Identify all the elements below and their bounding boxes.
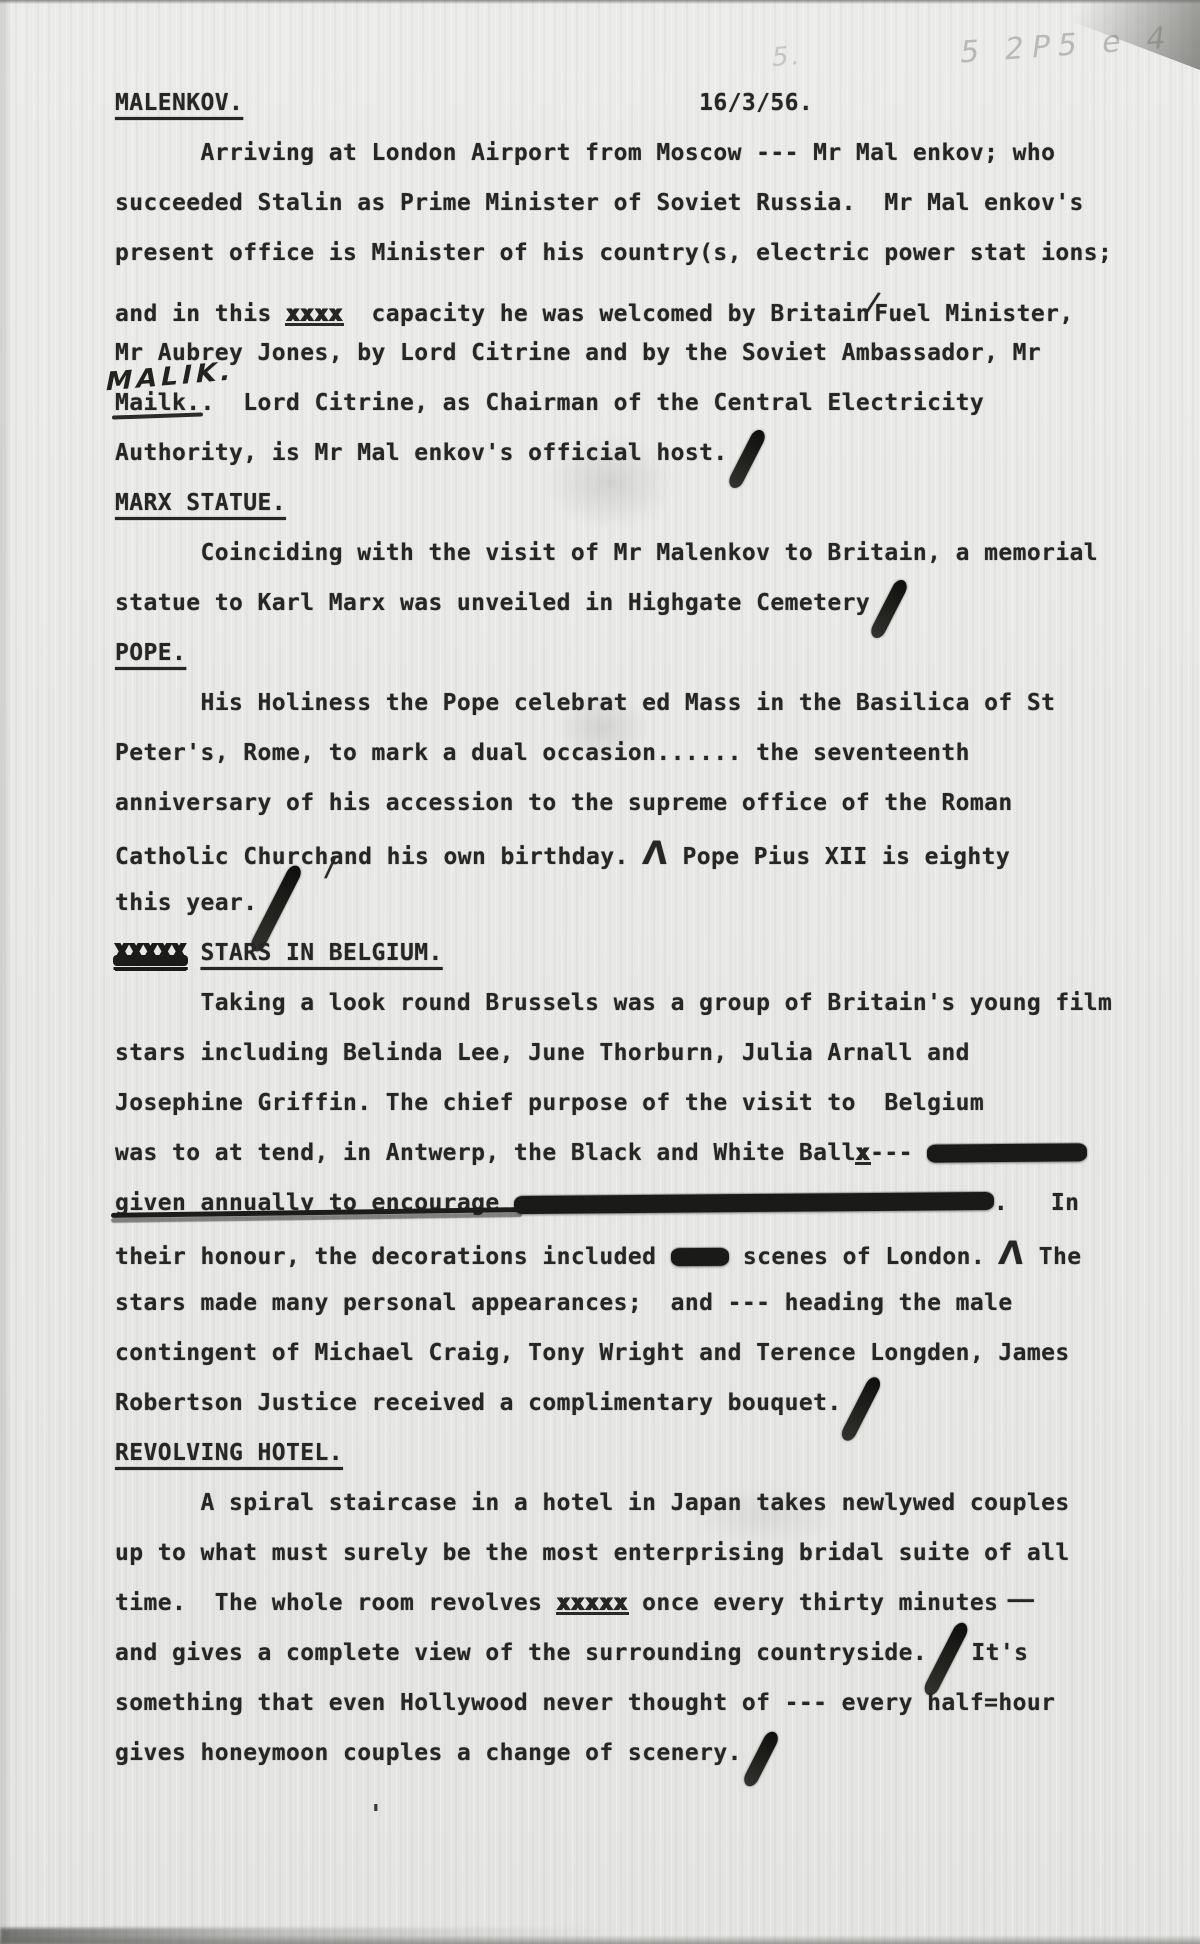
typed-text: Arriving at London Airport from Moscow -…	[115, 140, 1055, 166]
typed-lines: MALENKOV. 16/3/56. Arriving at London Ai…	[115, 78, 1135, 1778]
typed-text: present office is Minister of his countr…	[115, 240, 1112, 266]
typed-text: gives honeymoon couples a change of scen…	[115, 1740, 742, 1766]
ink-redaction	[671, 1248, 729, 1267]
typed-line: anniversary of his accession to the supr…	[115, 778, 1135, 828]
ink-redaction	[514, 1192, 994, 1214]
typed-text: Robertson Justice received a complimenta…	[115, 1390, 842, 1416]
typed-line: this year.	[115, 878, 1135, 928]
stray-ink-mark: '	[368, 1800, 384, 1830]
typed-line: and gives a complete view of the surroun…	[115, 1628, 1135, 1678]
typed-text: Taking a look round Brussels was a group…	[115, 990, 1112, 1016]
typed-text: anniversary of his accession to the supr…	[115, 790, 1013, 816]
typed-line: was to at tend, in Antwerp, the Black an…	[115, 1128, 1135, 1178]
typed-text: Mr Aubrey Jones, by Lord Citrine and by …	[115, 340, 1041, 366]
typed-text: something that even Hollywood never thou…	[115, 1690, 1055, 1716]
typed-text: up to what must surely be the most enter…	[115, 1540, 1070, 1566]
scanned-document-page: 5 2P5 e 4 5. MALENKOV. 16/3/56. Arriving…	[0, 0, 1200, 1944]
typed-line: time. The whole room revolves xxxxx once…	[115, 1578, 1135, 1628]
typed-line: something that even Hollywood never thou…	[115, 1678, 1135, 1728]
typed-text: and in this	[115, 301, 286, 327]
ink-slash-mark	[741, 1729, 781, 1789]
typed-text: A spiral staircase in a hotel in Japan t…	[115, 1490, 1070, 1516]
typed-line: His Holiness the Pope celebrat ed Mass i…	[115, 678, 1135, 728]
typed-line: A spiral staircase in a hotel in Japan t…	[115, 1478, 1135, 1528]
typed-text: stars made many personal appearances; an…	[115, 1290, 1013, 1316]
typed-text: capacity he was welcomed by Britain	[343, 301, 870, 327]
typed-text: . Lord Citrine, as Chairman of the Centr…	[200, 390, 984, 416]
typed-text: was to at tend, in Antwerp, the Black an…	[115, 1140, 856, 1166]
ink-redaction	[927, 1143, 1087, 1162]
typed-text: ---	[870, 1140, 927, 1166]
typed-line: MARX STATUE.	[115, 478, 1135, 528]
section-heading: STARS IN BELGIUM.	[201, 940, 443, 966]
typed-text: contingent of Michael Craig, Tony Wright…	[115, 1340, 1070, 1366]
typed-line: Josephine Griffin. The chief purpose of …	[115, 1078, 1135, 1128]
typed-line: Peter's, Rome, to mark a dual occasion..…	[115, 728, 1135, 778]
handwritten-caret: Λ	[997, 1228, 1027, 1278]
typed-text: once every thirty minutes	[628, 1590, 998, 1616]
typed-text	[186, 940, 200, 966]
typed-line: XXXXX STARS IN BELGIUM.	[115, 928, 1135, 978]
typed-text: Coinciding with the visit of Mr Malenkov…	[115, 540, 1098, 566]
typed-xout-heading: XXXXX	[115, 940, 186, 966]
section-heading: MALENKOV.	[115, 90, 243, 116]
handwritten-dash: —	[1008, 1575, 1035, 1625]
pen-struck-text: Mailk.	[115, 390, 200, 416]
typed-line: succeeded Stalin as Prime Minister of So…	[115, 178, 1135, 228]
typed-line: REVOLVING HOTEL.	[115, 1428, 1135, 1478]
typed-line: Catholic Church/and his own birthday. Λ …	[115, 828, 1135, 878]
typed-xout-text: xxxx	[286, 301, 343, 327]
typed-line: Robertson Justice received a complimenta…	[115, 1378, 1135, 1428]
pen-struck-text: given annually to encourage	[115, 1190, 514, 1216]
typed-line: given annually to encourage . In	[115, 1178, 1135, 1228]
handwritten-caret: Λ	[640, 828, 670, 878]
section-heading: POPE.	[115, 640, 186, 666]
typed-line: Authority, is Mr Mal enkov's official ho…	[115, 428, 1135, 478]
typed-text: and his own birthday.	[330, 844, 643, 870]
typed-text: Josephine Griffin. The chief purpose of …	[115, 1090, 984, 1116]
typed-text: Pope Pius XII is eighty	[668, 844, 1010, 870]
typed-line: gives honeymoon couples a change of scen…	[115, 1728, 1135, 1778]
typed-text: Authority, is Mr Mal enkov's official ho…	[115, 440, 728, 466]
typed-text: time. The whole room revolves	[115, 1590, 557, 1616]
typed-line: and in this xxxx capacity he was welcome…	[115, 278, 1135, 328]
typed-text	[243, 90, 699, 116]
typed-text: It's	[957, 1640, 1028, 1666]
typed-line: MALIK.Mailk.. Lord Citrine, as Chairman …	[115, 378, 1135, 428]
typed-line: up to what must surely be the most enter…	[115, 1528, 1135, 1578]
typed-text: scenes of London.	[729, 1244, 1000, 1270]
typed-line: stars including Belinda Lee, June Thorbu…	[115, 1028, 1135, 1078]
typed-xout-text: xxxxx	[557, 1590, 628, 1616]
pencil-scribble: 5 2P5 e 4	[958, 20, 1176, 70]
typed-text: their honour, the decorations included	[115, 1244, 671, 1270]
typed-text: succeeded Stalin as Prime Minister of So…	[115, 190, 1084, 216]
typed-line: contingent of Michael Craig, Tony Wright…	[115, 1328, 1135, 1378]
typed-text: Fuel Minister,	[874, 301, 1073, 327]
scan-left-edge	[0, 0, 12, 1944]
typed-text: The	[1025, 1244, 1082, 1270]
typed-text: His Holiness the Pope celebrat ed Mass i…	[115, 690, 1055, 716]
typed-line: Coinciding with the visit of Mr Malenkov…	[115, 528, 1135, 578]
typed-text: this year.	[115, 890, 257, 916]
typed-text: stars including Belinda Lee, June Thorbu…	[115, 1040, 970, 1066]
typed-text: . In	[994, 1190, 1079, 1216]
section-heading: MARX STATUE.	[115, 490, 286, 516]
typed-line: Taking a look round Brussels was a group…	[115, 978, 1135, 1028]
typed-line: stars made many personal appearances; an…	[115, 1278, 1135, 1328]
typed-text: and gives a complete view of the surroun…	[115, 1640, 927, 1666]
typed-line: POPE.	[115, 628, 1135, 678]
pencil-scribble: 5.	[770, 41, 805, 74]
typed-text: Peter's, Rome, to mark a dual occasion..…	[115, 740, 970, 766]
typed-line: statue to Karl Marx was unveiled in High…	[115, 578, 1135, 628]
typed-line: Mr Aubrey Jones, by Lord Citrine and by …	[115, 328, 1135, 378]
typed-line: present office is Minister of his countr…	[115, 228, 1135, 278]
section-heading: REVOLVING HOTEL.	[115, 1440, 343, 1466]
typed-text: statue to Karl Marx was unveiled in High…	[115, 590, 870, 616]
typed-line: Arriving at London Airport from Moscow -…	[115, 128, 1135, 178]
typed-xout-text: x	[856, 1140, 870, 1166]
typed-line: their honour, the decorations included s…	[115, 1228, 1135, 1278]
typed-text: 16/3/56.	[699, 90, 813, 116]
typed-line: MALENKOV. 16/3/56.	[115, 78, 1135, 128]
scan-bottom-edge	[0, 1935, 1200, 1944]
